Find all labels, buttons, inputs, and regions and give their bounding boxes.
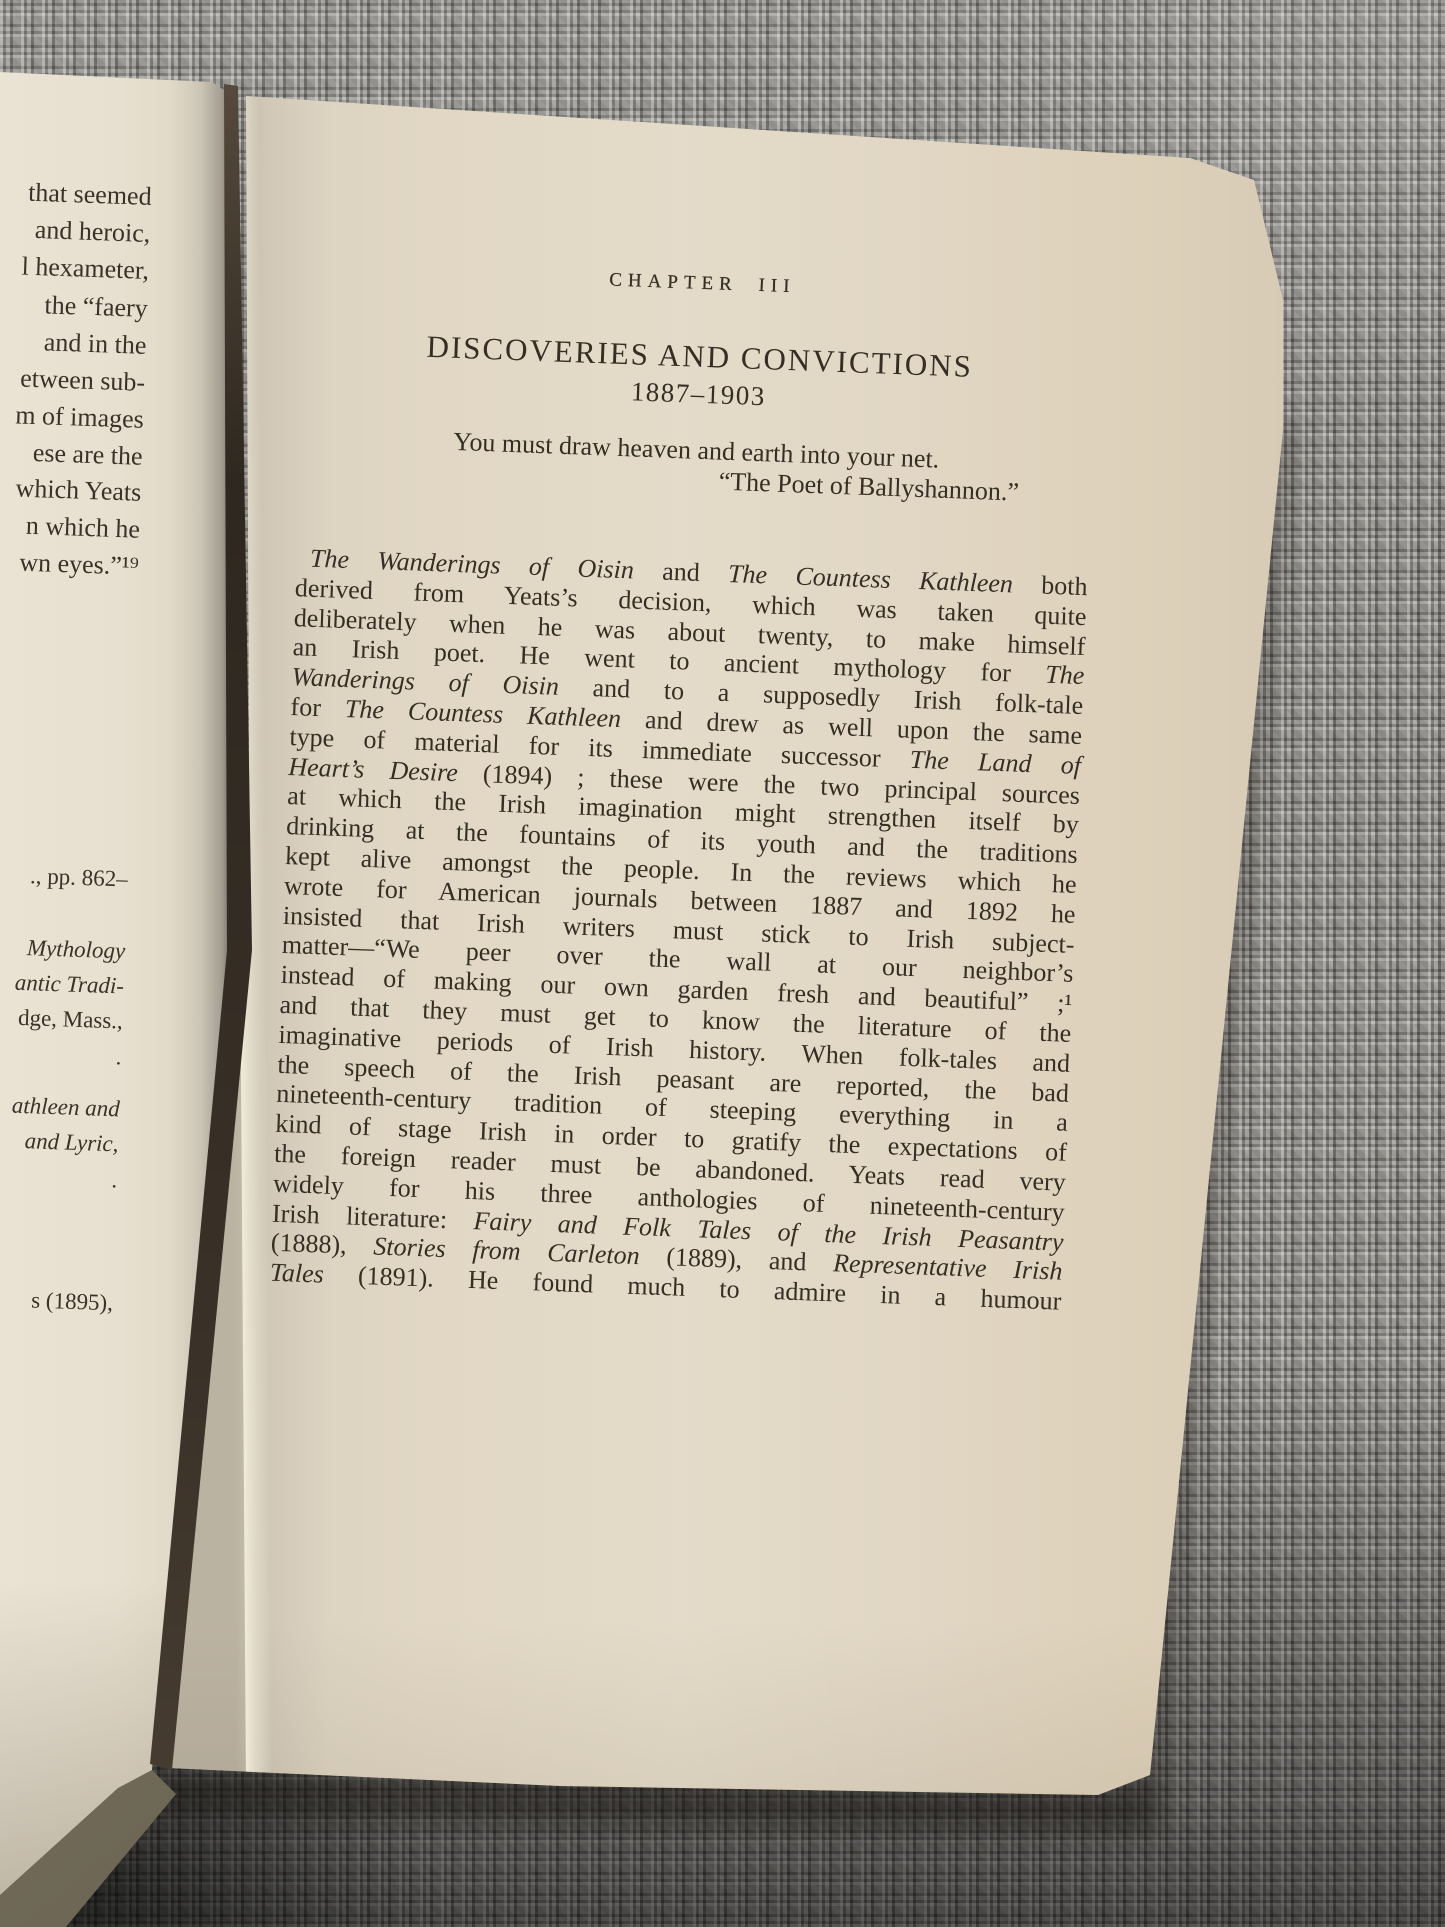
left-page-fragment: dge, Mass., <box>18 1006 124 1033</box>
body-paragraph: The Wanderings of Oisin and The Countess… <box>269 543 1088 1316</box>
left-page-fragment: Mythology <box>27 936 126 962</box>
left-page-fragment: and in the <box>43 329 146 359</box>
left-page-fragment: n which he <box>25 513 140 543</box>
left-page-fragment: s (1895), <box>31 1288 114 1314</box>
right-page-content: CHAPTER III DISCOVERIES AND CONVICTIONS … <box>269 258 1098 1316</box>
epigraph: You must draw heaven and earth into your… <box>299 421 1093 510</box>
left-page-fragment: which Yeats <box>15 475 142 505</box>
left-page-fragment: . <box>111 1168 118 1191</box>
left-page-fragment: and heroic, <box>34 217 150 247</box>
left-page-fragment: . <box>115 1045 122 1068</box>
left-page-fragment: wn eyes.”¹⁹ <box>19 550 139 580</box>
left-page-fragment: ese are the <box>32 440 143 470</box>
left-page-fragment: athleen and <box>11 1094 120 1121</box>
left-page-fragment: etween sub- <box>20 366 146 396</box>
left-page-fragment: that seemed <box>28 180 152 210</box>
book-photo: that seemedand heroic,l hexameter,the “f… <box>0 0 1445 1927</box>
left-page-fragment: and Lyric, <box>24 1129 119 1155</box>
left-page-fragment: antic Tradi- <box>14 971 124 998</box>
left-page-fragment: l hexameter, <box>21 254 149 284</box>
left-page-fragment: ., pp. 862– <box>30 864 128 890</box>
left-page-fragment: m of images <box>15 402 144 432</box>
left-page-fragment: the “faery <box>44 292 148 322</box>
